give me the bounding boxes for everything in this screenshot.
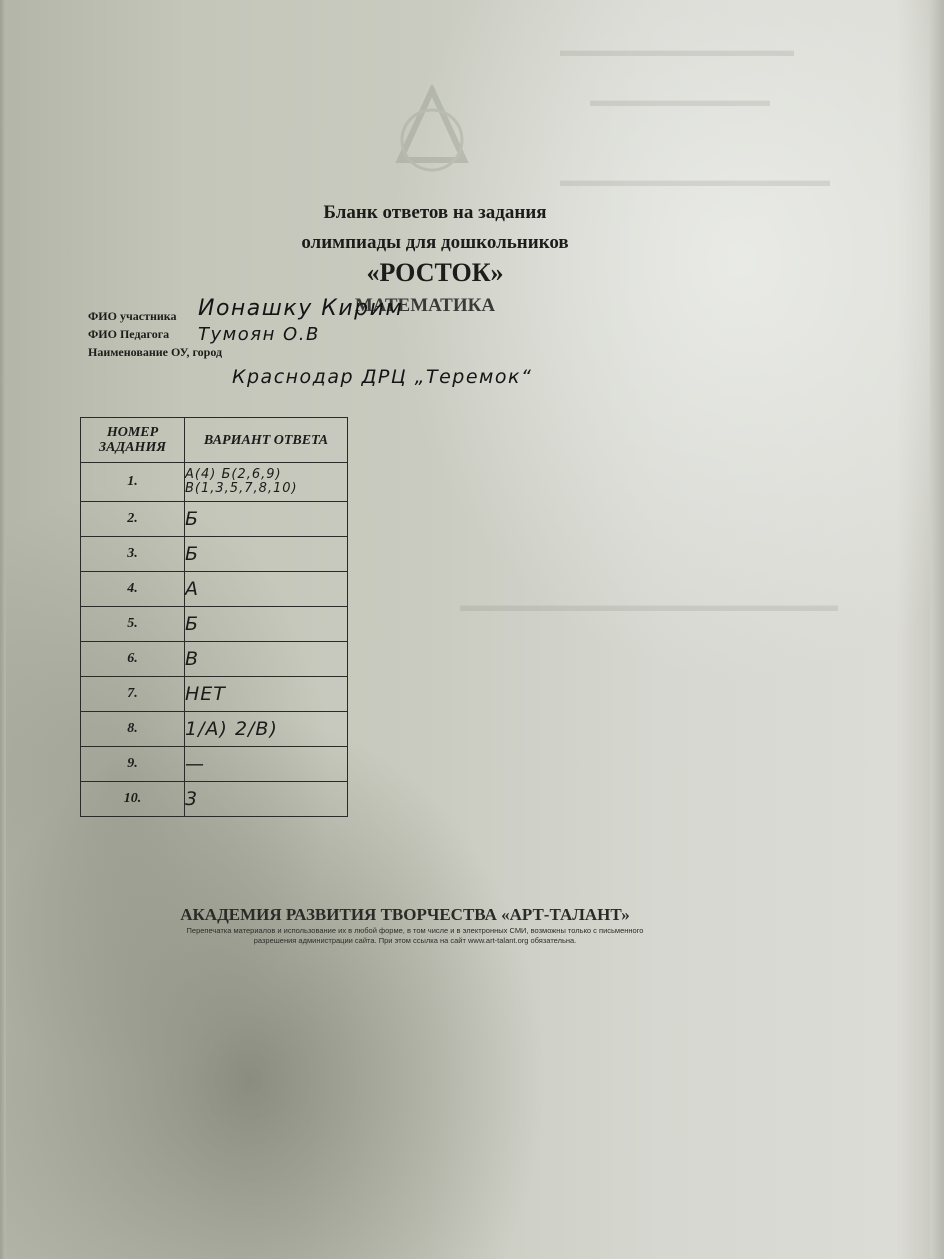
answers-table: НОМЕР ЗАДАНИЯ ВАРИАНТ ОТВЕТА 1. А(4) Б(2… [80, 417, 348, 817]
table-row: 5. Б [81, 607, 348, 642]
school-label: Наименование ОУ, город [88, 345, 222, 360]
answer-cell[interactable]: В [185, 642, 348, 677]
page-left-edge [0, 0, 6, 1259]
table-row: 8. 1/А) 2/В) [81, 712, 348, 747]
answer-cell[interactable]: А [185, 572, 348, 607]
teacher-name-field[interactable]: Тумоян О.В [198, 324, 320, 345]
table-row: 1. А(4) Б(2,6,9) В(1,3,5,7,8,10) [81, 463, 348, 502]
header-answer: ВАРИАНТ ОТВЕТА [185, 418, 348, 463]
olympiad-name: «РОСТОК» [0, 258, 870, 288]
table-row: 6. В [81, 642, 348, 677]
answer-cell[interactable]: — [185, 747, 348, 782]
task-number: 6. [81, 642, 185, 677]
copyright-line-2: разрешения администрации сайта. При этом… [100, 936, 730, 946]
bleed-through-text: ▬▬▬▬▬▬▬▬▬▬▬▬▬▬▬ [560, 170, 830, 191]
table-row: 7. НЕТ [81, 677, 348, 712]
answer-cell[interactable]: Б [185, 607, 348, 642]
school-city-field[interactable]: Краснодар ДРЦ „Теремок“ [232, 366, 532, 388]
task-number: 3. [81, 537, 185, 572]
table-row: 2. Б [81, 502, 348, 537]
teacher-label: ФИО Педагога [88, 327, 169, 342]
copyright-notice: Перепечатка материалов и использование и… [100, 926, 730, 946]
table-header-row: НОМЕР ЗАДАНИЯ ВАРИАНТ ОТВЕТА [81, 418, 348, 463]
task-number: 4. [81, 572, 185, 607]
answer-cell[interactable]: Б [185, 537, 348, 572]
bleed-through-text: ▬▬▬▬▬▬▬▬▬▬▬▬▬ [560, 40, 794, 61]
organization-name: АКАДЕМИЯ РАЗВИТИЯ ТВОРЧЕСТВА «АРТ-ТАЛАНТ… [0, 905, 810, 925]
task-number: 1. [81, 463, 185, 502]
task-number: 9. [81, 747, 185, 782]
answer-cell[interactable]: 3 [185, 782, 348, 817]
answer-cell[interactable]: НЕТ [185, 677, 348, 712]
answer-cell[interactable]: А(4) Б(2,6,9) В(1,3,5,7,8,10) [185, 463, 348, 502]
participant-label: ФИО участника [88, 309, 177, 324]
header-task-number: НОМЕР ЗАДАНИЯ [81, 418, 185, 463]
table-row: 9. — [81, 747, 348, 782]
task-number: 5. [81, 607, 185, 642]
task-number: 10. [81, 782, 185, 817]
participant-name-field[interactable]: Ионашку Кирим [198, 296, 404, 321]
table-row: 10. 3 [81, 782, 348, 817]
answer-cell[interactable]: 1/А) 2/В) [185, 712, 348, 747]
form-title-line2: олимпиады для дошкольников [0, 232, 870, 254]
answer-cell[interactable]: Б [185, 502, 348, 537]
table-row: 3. Б [81, 537, 348, 572]
task-number: 7. [81, 677, 185, 712]
task-number: 2. [81, 502, 185, 537]
task-number: 8. [81, 712, 185, 747]
page-right-edge [930, 0, 944, 1259]
bleed-through-text: ▬▬▬▬▬▬▬▬▬▬ [590, 90, 770, 111]
form-title-line1: Бланк ответов на задания [0, 202, 870, 224]
art-talant-logo-icon [392, 85, 472, 175]
table-row: 4. А [81, 572, 348, 607]
bleed-through-text: ▬▬▬▬▬▬▬▬▬▬▬▬▬▬▬▬▬▬▬▬▬ [460, 595, 838, 616]
copyright-line-1: Перепечатка материалов и использование и… [100, 926, 730, 936]
